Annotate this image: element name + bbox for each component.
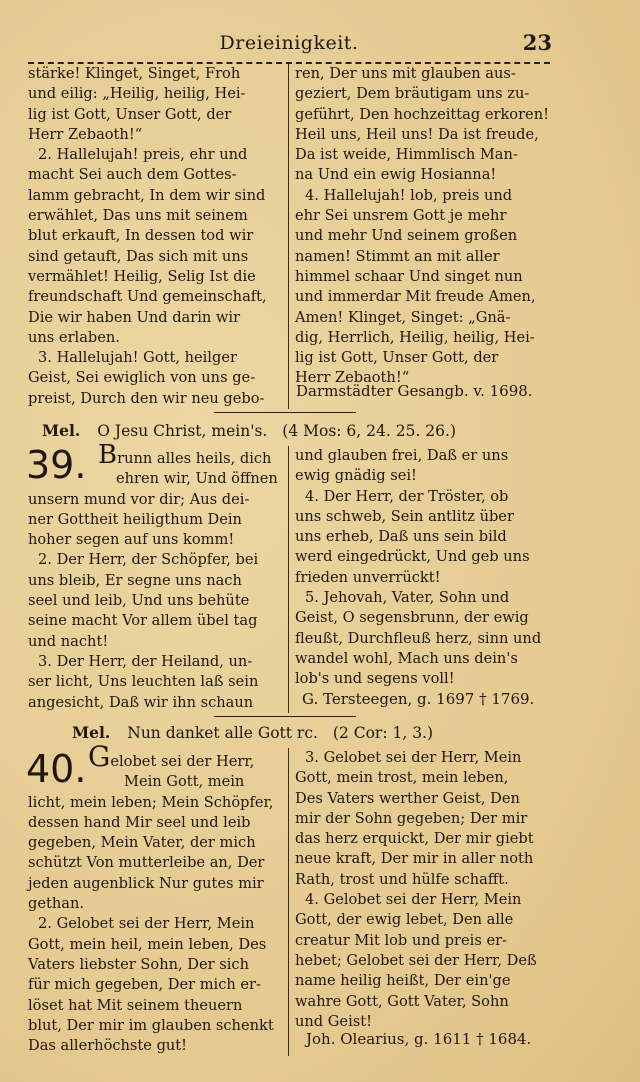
verse-line: Geist, O segensbrunn, der ewig (295, 608, 547, 628)
verse-line: seine macht Vor allem übel tag (28, 611, 284, 631)
verse-line: 4. Gelobet sei der Herr, Mein (295, 890, 547, 910)
hymn-prev-left-column: stärke! Klinget, Singet, Froh und eilig:… (28, 64, 288, 409)
scripture-reference: (2 Cor: 1, 3.) (333, 724, 433, 742)
verse-line: uns erlaben. (28, 328, 284, 348)
verse-line: Brunn alles heils, dich (28, 446, 284, 469)
hymn-40-columns: Gelobet sei der Herr, Mein Gott, mein li… (28, 748, 550, 1056)
verse-line: angesicht, Daß wir ihn schaun (28, 693, 284, 713)
verse-line: Geist, Sei ewiglich von uns ge- (28, 368, 284, 388)
verse-line: creatur Mit lob und preis er- (295, 931, 547, 951)
verse-line: ehr Sei unsrem Gott je mehr (295, 206, 547, 226)
verse-line: geführt, Den hochzeittag erkoren! (295, 105, 547, 125)
verse-line: gegeben, Mein Vater, der mich (28, 833, 284, 853)
verse-line: na Und ein ewig Hosianna! (295, 165, 547, 185)
verse-line: macht Sei auch dem Gottes- (28, 165, 284, 185)
hymn-40-right-column: 3. Gelobet sei der Herr, Mein Gott, mein… (288, 748, 547, 1056)
page-number: 23 (523, 30, 552, 55)
verse-line: Herr Zebaoth!“ (28, 125, 284, 145)
verse-line: vermählet! Heilig, Selig Ist die (28, 267, 284, 287)
melody-name: O Jesu Christ, mein's. (97, 422, 267, 440)
verse-line: hoher segen auf uns komm! (28, 530, 284, 550)
verse-line: ser licht, Uns leuchten laß sein (28, 672, 284, 692)
hymn-39-right-column: und glauben frei, Daß er uns ewig gnädig… (288, 446, 547, 713)
dropcap: G (88, 740, 110, 773)
hymn-prev-attribution: Darmstädter Gesangb. v. 1698. (296, 382, 533, 400)
scripture-reference: (4 Mos: 6, 24. 25. 26.) (282, 422, 456, 440)
verse-line: Vaters liebster Sohn, Der sich (28, 955, 284, 975)
verse-line: 5. Jehovah, Vater, Sohn und (295, 588, 547, 608)
verse-line: mir der Sohn gegeben; Der mir (295, 809, 547, 829)
hymn-39-columns: Brunn alles heils, dich ehren wir, Und ö… (28, 446, 550, 713)
verse-line: unsern mund vor dir; Aus dei- (28, 490, 284, 510)
verse-line: jeden augenblick Nur gutes mir (28, 874, 284, 894)
verse-line: dessen hand Mir seel und leib (28, 813, 284, 833)
verse-text: runn alles heils, dich (117, 450, 271, 467)
verse-line: lig ist Gott, Unser Gott, der (28, 105, 284, 125)
verse-line: ehren wir, Und öffnen (28, 469, 284, 489)
verse-line: fleußt, Durchfleuß herz, sinn und (295, 629, 547, 649)
verse-line: 3. Der Herr, der Heiland, un- (28, 652, 284, 672)
verse-line: uns bleib, Er segne uns nach (28, 571, 284, 591)
verse-line: wahre Gott, Gott Vater, Sohn (295, 992, 547, 1012)
hymn-39-melody-line: Mel. O Jesu Christ, mein's. (4 Mos: 6, 2… (42, 421, 456, 440)
verse-line: und nacht! (28, 632, 284, 652)
hymnal-page: Dreieinigkeit. 23 stärke! Klinget, Singe… (0, 0, 640, 1082)
hymn-40-attribution: Joh. Olearius, g. 1611 † 1684. (306, 1030, 531, 1048)
verse-line: dig, Herrlich, Heilig, heilig, Hei- (295, 328, 547, 348)
verse-line: Gott, der ewig lebet, Den alle (295, 910, 547, 930)
verse-line: blut erkauft, In dessen tod wir (28, 226, 284, 246)
verse-line: Gelobet sei der Herr, (28, 748, 284, 772)
hymn-prev-columns: stärke! Klinget, Singet, Froh und eilig:… (28, 64, 550, 409)
verse-line: Die wir haben Und darin wir (28, 308, 284, 328)
verse-line: uns schweb, Sein antlitz über (295, 507, 547, 527)
hymn-40-left-column: Gelobet sei der Herr, Mein Gott, mein li… (28, 748, 288, 1056)
verse-line: neue kraft, Der mir in aller noth (295, 849, 547, 869)
hymn-39-attribution: G. Tersteegen, g. 1697 † 1769. (302, 690, 534, 708)
verse-line: sind getauft, Das sich mit uns (28, 247, 284, 267)
verse-line: 2. Gelobet sei der Herr, Mein (28, 914, 284, 934)
verse-text: elobet sei der Herr, (110, 753, 254, 770)
verse-line: das herz erquickt, Der mir giebt (295, 829, 547, 849)
verse-line: ren, Der uns mit glauben aus- (295, 64, 547, 84)
verse-line: Da ist weide, Himmlisch Man- (295, 145, 547, 165)
hymn-40-melody-line: Mel. Nun danket alle Gott rc. (2 Cor: 1,… (72, 723, 433, 742)
hymn-separator (214, 412, 356, 413)
verse-line: Des Vaters werther Geist, Den (295, 789, 547, 809)
verse-line: lob's und segens voll! (295, 669, 547, 689)
verse-line: freundschaft Und gemeinschaft, (28, 287, 284, 307)
verse-line: hebet; Gelobet sei der Herr, Deß (295, 951, 547, 971)
verse-line: Mein Gott, mein (28, 772, 284, 792)
verse-line: löset hat Mit seinem theuern (28, 996, 284, 1016)
verse-line: name heilig heißt, Der ein'ge (295, 971, 547, 991)
verse-line: Gott, mein trost, mein leben, (295, 768, 547, 788)
verse-line: licht, mein leben; Mein Schöpfer, (28, 793, 284, 813)
verse-line: und immerdar Mit freude Amen, (295, 287, 547, 307)
verse-line: Heil uns, Heil uns! Da ist freude, (295, 125, 547, 145)
verse-line: und mehr Und seinem großen (295, 226, 547, 246)
verse-line: frieden unverrückt! (295, 568, 547, 588)
verse-line: namen! Stimmt an mit aller (295, 247, 547, 267)
verse-line: erwählet, Das uns mit seinem (28, 206, 284, 226)
verse-line: seel und leib, Und uns behüte (28, 591, 284, 611)
page-header: Dreieinigkeit. 23 (28, 30, 550, 58)
verse-line: wandel wohl, Mach uns dein's (295, 649, 547, 669)
verse-line: stärke! Klinget, Singet, Froh (28, 64, 284, 84)
verse-line: uns erheb, Daß uns sein bild (295, 527, 547, 547)
verse-line: und eilig: „Heilig, heilig, Hei- (28, 84, 284, 104)
verse-line: gethan. (28, 894, 284, 914)
verse-line: himmel schaar Und singet nun (295, 267, 547, 287)
verse-line: 3. Hallelujah! Gott, heilger (28, 348, 284, 368)
verse-line: preist, Durch den wir neu gebo- (28, 389, 284, 409)
verse-line: Rath, trost und hülfe schafft. (295, 870, 547, 890)
verse-line: und glauben frei, Daß er uns (295, 446, 547, 466)
verse-line: 2. Der Herr, der Schöpfer, bei (28, 550, 284, 570)
hymn-39-left-column: Brunn alles heils, dich ehren wir, Und ö… (28, 446, 288, 713)
verse-line: ewig gnädig sei! (295, 466, 547, 486)
verse-line: für mich gegeben, Der mich er- (28, 975, 284, 995)
dropcap: B (98, 440, 117, 470)
verse-line: schützt Von mutterleibe an, Der (28, 853, 284, 873)
verse-line: 4. Hallelujah! lob, preis und (295, 186, 547, 206)
hymn-separator (214, 716, 356, 717)
verse-line: lamm gebracht, In dem wir sind (28, 186, 284, 206)
verse-line: ner Gottheit heiligthum Dein (28, 510, 284, 530)
verse-line: geziert, Dem bräutigam uns zu- (295, 84, 547, 104)
verse-line: blut, Der mir im glauben schenkt (28, 1016, 284, 1036)
melody-name: Nun danket alle Gott rc. (127, 724, 318, 742)
section-title: Dreieinigkeit. (28, 32, 550, 54)
verse-line: Amen! Klinget, Singet: „Gnä- (295, 308, 547, 328)
verse-line: 4. Der Herr, der Tröster, ob (295, 487, 547, 507)
verse-line: lig ist Gott, Unser Gott, der (295, 348, 547, 368)
melody-label: Mel. (42, 421, 80, 440)
verse-line: Das allerhöchste gut! (28, 1036, 284, 1056)
verse-line: 2. Hallelujah! preis, ehr und (28, 145, 284, 165)
verse-line: werd eingedrückt, Und geb uns (295, 547, 547, 567)
verse-line: Gott, mein heil, mein leben, Des (28, 935, 284, 955)
hymn-prev-right-column: ren, Der uns mit glauben aus- geziert, D… (288, 64, 547, 409)
verse-line: 3. Gelobet sei der Herr, Mein (295, 748, 547, 768)
